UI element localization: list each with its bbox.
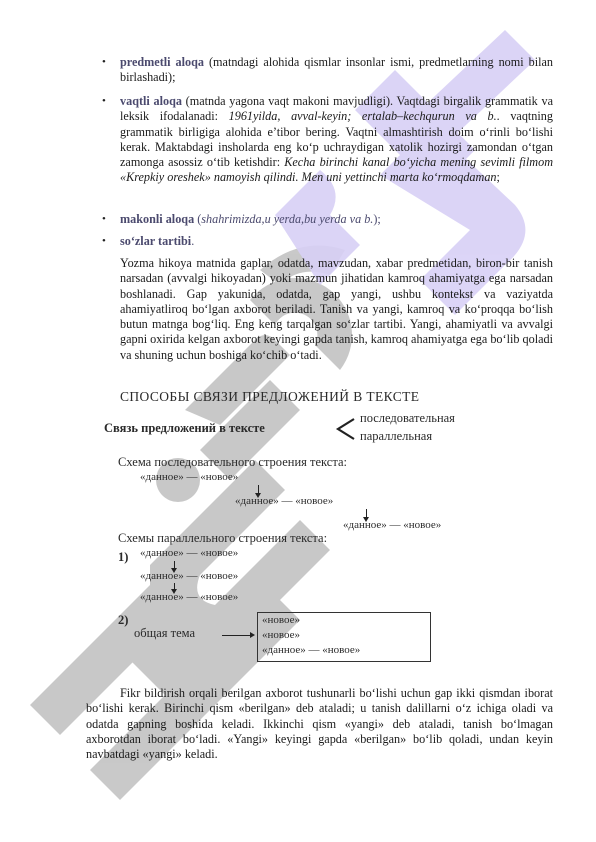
bullet-item-makonli: makonli aloqa (shahrimizda,u yerda,bu ye… [120, 212, 553, 227]
term-predmetli-aloqa: predmetli aloqa [120, 55, 204, 69]
term-vaqtli-aloqa: vaqtli aloqa [120, 94, 182, 108]
bullet-text: . [191, 234, 194, 248]
arrow-down-icon [174, 583, 175, 590]
final-paragraph: Fikr bildirish orqali berilgan axborot t… [86, 686, 553, 762]
term-makonli-aloqa: makonli aloqa [120, 212, 194, 226]
term-sozlar-tartibi: so‘zlar tartibi [120, 234, 191, 248]
arrow-down-icon [174, 561, 175, 569]
word-order-paragraph: Yozma hikoya matnida gaplar, odatda, mav… [120, 256, 553, 363]
sequential-heading: Схема последовательного строения текста: [118, 455, 347, 470]
sequential-row-2: «данное» — «новое» [235, 495, 333, 507]
parallel-heading: Схемы параллельного строения текста: [118, 531, 327, 546]
sentence-linking-diagram: СПОСОБЫ СВЯЗИ ПРЕДЛОЖЕНИЙ В ТЕКСТЕ Связь… [100, 385, 520, 670]
parallel-2-row-2: «новое» [262, 629, 300, 641]
parallel-1-row-3: «данное» — «новое» [140, 591, 238, 603]
example-text: shahrimizda,u yerda,bu yerda va b. [201, 212, 373, 226]
sequential-row-3: «данное» — «новое» [343, 519, 441, 531]
branch-bracket-icon [332, 415, 358, 443]
document-page: • predmetli aloqa (matndagi alohida qism… [0, 0, 596, 842]
common-theme-label: общая тема [134, 626, 195, 641]
parallel-2-row-3: «данное» — «новое» [262, 644, 360, 656]
link-type-parallel: параллельная [360, 429, 432, 444]
bullet-item-predmetli: predmetli aloqa (matndagi alohida qismla… [120, 55, 553, 86]
bullet-icon: • [102, 234, 108, 240]
link-type-sequential: последовательная [360, 411, 455, 426]
bullet-icon: • [102, 212, 108, 218]
bullet-icon: • [102, 55, 108, 61]
parallel-2-row-1: «новое» [262, 614, 300, 626]
bullet-icon: • [102, 94, 108, 100]
parallel-1-row-1: «данное» — «новое» [140, 547, 238, 559]
sequential-row-1: «данное» — «новое» [140, 471, 238, 483]
parallel-1-label: 1) [118, 550, 128, 565]
parallel-2-box: «новое» «новое» «данное» — «новое» [257, 612, 431, 662]
diagram-title: СПОСОБЫ СВЯЗИ ПРЕДЛОЖЕНИЙ В ТЕКСТЕ [120, 389, 419, 405]
parallel-2-label: 2) [118, 613, 128, 628]
bullet-text: ; [497, 170, 500, 184]
bullet-item-vaqtli: vaqtli aloqa (matnda yagona vaqt makoni … [120, 94, 553, 186]
bullet-text: ); [373, 212, 380, 226]
bullet-item-sozlar-tartibi: so‘zlar tartibi. [120, 234, 553, 249]
arrow-right-icon [222, 635, 252, 636]
arrow-down-icon [366, 509, 367, 518]
arrow-down-icon [258, 485, 259, 494]
example-text: 1961yilda, avval-keyin; ertalab–kechquru… [229, 109, 497, 123]
link-label: Связь предложений в тексте [104, 421, 265, 436]
parallel-1-row-2: «данное» — «новое» [140, 570, 238, 582]
